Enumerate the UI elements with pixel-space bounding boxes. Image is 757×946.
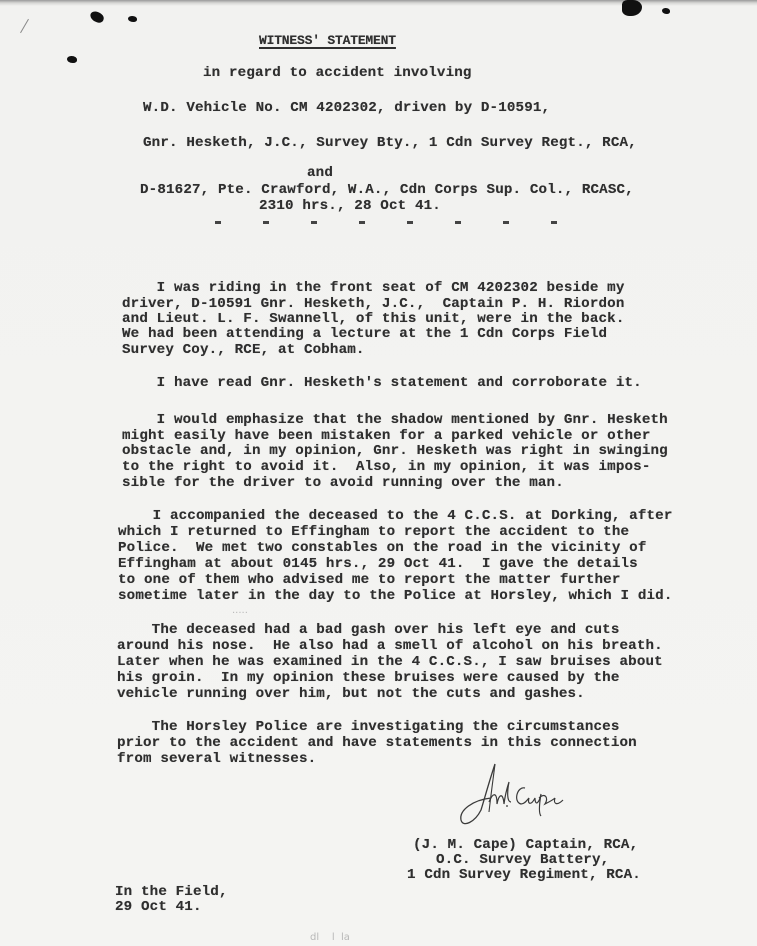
ink-blot-mark <box>662 8 670 14</box>
paragraph-line: I was riding in the front seat of CM 420… <box>122 281 625 296</box>
date-line: 29 Oct 41. <box>115 900 202 915</box>
paragraph-line: sometime later in the day to the Police … <box>118 589 673 604</box>
paragraph-line: Later when he was examined in the 4 C.C.… <box>117 655 663 670</box>
paragraph-line: Survey Coy., RCE, at Cobham. <box>122 343 365 358</box>
paragraph-line: around his nose. He also had a smell of … <box>117 639 663 654</box>
header-line: and <box>307 166 333 181</box>
paragraph-line: to the right to avoid it. Also, in my op… <box>122 460 651 475</box>
separator-dashes <box>215 221 599 224</box>
paragraph-line: from several witnesses. <box>117 752 316 767</box>
paragraph-line: prior to the accident and have statement… <box>117 736 637 751</box>
paragraph-line: his groin. In my opinion these bruises w… <box>117 671 620 686</box>
paragraph-line: I would emphasize that the shadow mentio… <box>122 413 668 428</box>
faint-stamp-mark: ····· <box>232 608 248 619</box>
signatory-position: O.C. Survey Battery, <box>436 853 609 868</box>
place-line: In the Field, <box>115 885 228 900</box>
signatory-unit: 1 Cdn Survey Regiment, RCA. <box>407 868 641 883</box>
paragraph-line: I have read Gnr. Hesketh's statement and… <box>122 376 642 391</box>
paragraph-line: might easily have been mistaken for a pa… <box>122 429 651 444</box>
handwritten-signature <box>455 762 585 832</box>
paragraph-line: sible for the driver to avoid running ov… <box>122 476 564 491</box>
paragraph-line: I accompanied the deceased to the 4 C.C.… <box>118 509 673 524</box>
ink-blot-mark <box>67 56 77 63</box>
header-line: W.D. Vehicle No. CM 4202302, driven by D… <box>143 101 550 116</box>
paragraph-line: to one of them who advised me to report … <box>118 573 621 588</box>
paragraph-line: The Horsley Police are investigating the… <box>117 720 620 735</box>
scratch-mark <box>20 19 29 33</box>
document-subtitle: in regard to accident involving <box>203 66 472 81</box>
paragraph-line: driver, D-10591 Gnr. Hesketh, J.C., Capt… <box>122 297 625 312</box>
signatory-name: (J. M. Cape) Captain, RCA, <box>413 838 638 853</box>
paragraph-line: which I returned to Effingham to report … <box>118 525 629 540</box>
paragraph-line: The deceased had a bad gash over his lef… <box>117 623 620 638</box>
ink-blot-mark <box>128 16 137 22</box>
paragraph-line: vehicle running over him, but not the cu… <box>117 687 585 702</box>
header-line: D-81627, Pte. Crawford, W.A., Cdn Corps … <box>140 183 634 198</box>
paragraph-line: and Lieut. L. F. Swannell, of this unit,… <box>122 312 625 327</box>
paragraph-line: Effingham at about 0145 hrs., 29 Oct 41.… <box>118 557 638 572</box>
document-page: WITNESS' STATEMENT in regard to accident… <box>0 0 757 946</box>
ink-blot-mark <box>622 0 642 16</box>
paragraph-line: obstacle and, in my opinion, Gnr. Hesket… <box>122 444 668 459</box>
paragraph-line: Police. We met two constables on the roa… <box>118 541 647 556</box>
paragraph-line: We had been attending a lecture at the 1… <box>122 327 607 342</box>
document-title: WITNESS' STATEMENT <box>259 34 396 49</box>
header-line: Gnr. Hesketh, J.C., Survey Bty., 1 Cdn S… <box>143 136 637 151</box>
header-line: 2310 hrs., 28 Oct 41. <box>259 199 441 214</box>
faint-footer-mark: dl l la <box>310 932 350 943</box>
ink-blot-mark <box>89 10 106 24</box>
